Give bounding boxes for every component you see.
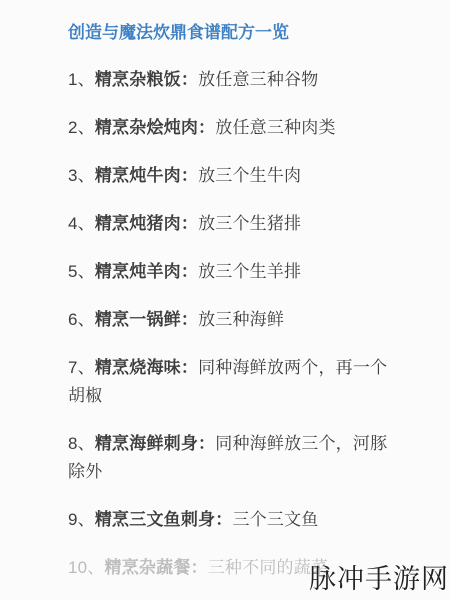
- recipe-name: 精烹炖牛肉：: [95, 166, 198, 185]
- recipe-name: 精烹杂蔬餐：: [105, 558, 208, 577]
- recipe-name: 精烹海鲜刺身：: [95, 434, 215, 453]
- recipe-name: 精烹杂烩炖肉：: [95, 118, 215, 137]
- recipe-number: 2、: [68, 118, 95, 137]
- recipe-number: 8、: [68, 434, 95, 453]
- recipe-number: 9、: [68, 510, 95, 529]
- recipe-item: 2、精烹杂烩炖肉：放任意三种肉类: [68, 114, 390, 142]
- recipe-name: 精烹炖羊肉：: [95, 262, 198, 281]
- recipe-description: 放三个生羊排: [198, 262, 301, 281]
- recipe-name: 精烹一锅鲜：: [95, 310, 198, 329]
- recipe-name: 精烹炖猪肉：: [95, 214, 198, 233]
- recipe-description: 放三个生牛肉: [198, 166, 301, 185]
- recipe-number: 4、: [68, 214, 95, 233]
- recipe-number: 6、: [68, 310, 95, 329]
- site-watermark: 脉冲手游网: [309, 557, 449, 596]
- recipe-item: 3、精烹炖牛肉：放三个生牛肉: [68, 162, 390, 190]
- recipe-number: 5、: [68, 262, 95, 281]
- recipe-item: 7、精烹烧海味：同种海鲜放两个，再一个胡椒: [68, 354, 390, 410]
- recipe-guide-page: 创造与魔法炊鼎食谱配方一览 1、精烹杂粮饭：放任意三种谷物2、精烹杂烩炖肉：放任…: [0, 0, 450, 600]
- recipe-description: 放任意三种肉类: [215, 118, 335, 137]
- recipe-item: 1、精烹杂粮饭：放任意三种谷物: [68, 66, 390, 94]
- recipe-name: 精烹三文鱼刺身：: [95, 510, 233, 529]
- recipe-description: 放三种海鲜: [198, 310, 284, 329]
- recipe-list: 1、精烹杂粮饭：放任意三种谷物2、精烹杂烩炖肉：放任意三种肉类3、精烹炖牛肉：放…: [68, 66, 390, 582]
- recipe-description: 三个三文鱼: [232, 510, 318, 529]
- recipe-description: 放三个生猪排: [198, 214, 301, 233]
- recipe-item: 9、精烹三文鱼刺身：三个三文鱼: [68, 506, 390, 534]
- recipe-item: 5、精烹炖羊肉：放三个生羊排: [68, 258, 390, 286]
- recipe-number: 10、: [68, 558, 105, 577]
- recipe-number: 3、: [68, 166, 95, 185]
- recipe-item: 8、精烹海鲜刺身：同种海鲜放三个，河豚除外: [68, 430, 390, 486]
- recipe-number: 7、: [68, 358, 95, 377]
- recipe-item: 6、精烹一锅鲜：放三种海鲜: [68, 306, 390, 334]
- recipe-name: 精烹杂粮饭：: [95, 70, 198, 89]
- recipe-number: 1、: [68, 70, 95, 89]
- recipe-name: 精烹烧海味：: [95, 358, 198, 377]
- recipe-description: 放任意三种谷物: [198, 70, 318, 89]
- page-title: 创造与魔法炊鼎食谱配方一览: [68, 20, 390, 46]
- recipe-item: 4、精烹炖猪肉：放三个生猪排: [68, 210, 390, 238]
